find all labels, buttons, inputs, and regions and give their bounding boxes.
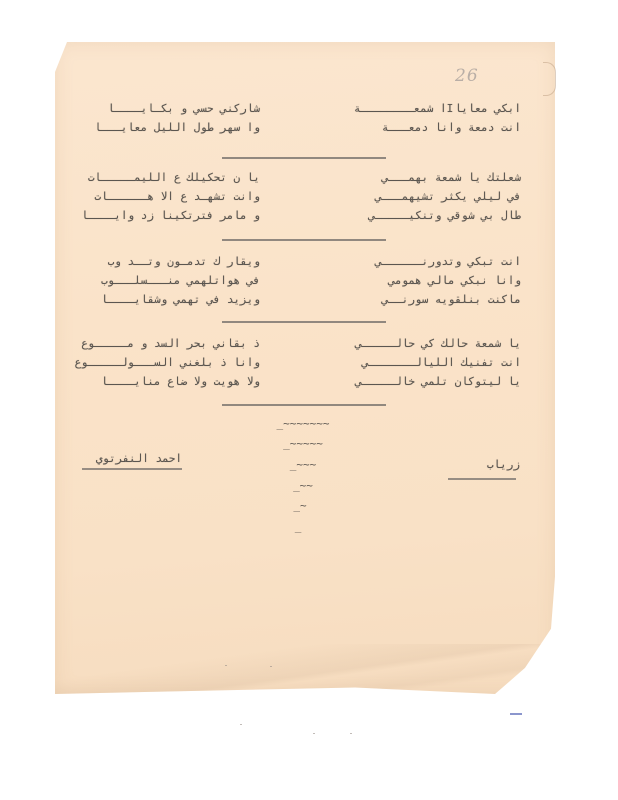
verse: يا ليتوكان تلمي خالـــــي ولا هويت ولا ض…	[0, 375, 618, 394]
verse: شعلتك يا شمعة بهمـــي يا ن تحكيلك ع اللي…	[0, 171, 618, 190]
verse-first-hemistich: يا ليتوكان تلمي خالـــــي	[336, 375, 521, 388]
stanza-4: يا شمعة حالك كي حالـــــي ذ بقاني بحر ال…	[0, 337, 618, 394]
scan-speck	[270, 666, 272, 667]
poem-title: زرياب	[487, 458, 520, 471]
tail-ornament-line: _~~~~~~~	[277, 417, 330, 430]
scan-speck	[350, 733, 352, 734]
verse: وانا نبكي مالي همومي في هواتلهمي منـــسل…	[0, 274, 618, 293]
verse-first-hemistich: شعلتك يا شمعة بهمـــي	[336, 171, 521, 184]
verse: يا شمعة حالك كي حالـــــي ذ بقاني بحر ال…	[0, 337, 618, 356]
verse: في ليلي يكثر تشيهمـــي وانت تشهـد ع الا …	[0, 190, 618, 209]
verse-second-hemistich: ذ بقاني بحر السد و مـــــوع	[75, 337, 260, 350]
verse-second-hemistich: شاركني حسي و بكـايــــا	[75, 102, 260, 115]
verse-first-hemistich: طال بي شوقي وتنكيـــــي	[336, 209, 521, 222]
scan-speck	[225, 665, 227, 666]
verse: طال بي شوقي وتنكيـــــي و مامر فترتكينا …	[0, 209, 618, 228]
tail-ornament-line: _~~~	[290, 458, 317, 471]
tail-ornament-line: _~~~~~	[283, 437, 323, 450]
verse-first-hemistich: يا شمعة حالك كي حالـــــي	[336, 337, 521, 350]
verse-first-hemistich: انت دمعة وانا دمعـــة	[336, 121, 521, 134]
stanza-divider	[222, 239, 386, 241]
verse-first-hemistich: في ليلي يكثر تشيهمـــي	[336, 190, 521, 203]
tail-ornament-line: _	[295, 520, 302, 533]
page-number: 26	[455, 66, 479, 86]
verse-second-hemistich: وانت تشهـد ع الا هــــــات	[75, 190, 260, 203]
verse: انت دمعة وانا دمعـــة وا سهر طول الليل م…	[0, 121, 618, 140]
verse-first-hemistich: انت تبكي وتدورنــــــي	[336, 255, 521, 268]
verse-first-hemistich: وانا نبكي مالي همومي	[336, 274, 521, 287]
stanza-divider	[222, 157, 386, 159]
verse: انت تفنيك الليالـــــــي وانا ذ بلغني ال…	[0, 356, 618, 375]
verse-second-hemistich: و مامر فترتكينا زد وايــــا	[75, 209, 260, 222]
scan-canvas: 26 ابكي معاياIا شمعــــــــة شاركني حسي …	[0, 0, 618, 800]
title-underline	[448, 478, 516, 480]
scan-speck	[240, 724, 242, 725]
author-underline	[82, 468, 182, 470]
verse-second-hemistich: وانا ذ بلغني الســـولـــــوع	[75, 356, 260, 369]
verse-second-hemistich: ويقار ك تدمـون وتــد وب	[75, 255, 260, 268]
blue-ink-mark	[510, 713, 522, 715]
verse-second-hemistich: ولا هويت ولا ضاع منايــــا	[75, 375, 260, 388]
poem-author: احمد النفرتوي	[86, 452, 182, 465]
scan-speck	[313, 733, 315, 734]
verse: ابكي معاياIا شمعــــــــة شاركني حسي و ب…	[0, 102, 618, 121]
verse: انت تبكي وتدورنــــــي ويقار ك تدمـون وت…	[0, 255, 618, 274]
tail-ornament-line: _~~	[293, 479, 313, 492]
page-corner-fold	[543, 62, 556, 96]
verse-second-hemistich: يا ن تحكيلك ع الليمـــــات	[75, 171, 260, 184]
stanza-divider	[222, 321, 386, 323]
stanza-1: ابكي معاياIا شمعــــــــة شاركني حسي و ب…	[0, 102, 618, 140]
verse-first-hemistich: ماكنت بنلقويه سورنــي	[336, 293, 521, 306]
verse-first-hemistich: انت تفنيك الليالـــــــي	[336, 356, 521, 369]
verse-second-hemistich: في هواتلهمي منـــسلـــوب	[75, 274, 260, 287]
verse-second-hemistich: ويزيد في تهمي وشقايــــا	[75, 293, 260, 306]
stanza-divider	[222, 404, 386, 406]
tail-ornament-line: _~	[293, 499, 306, 512]
verse: ماكنت بنلقويه سورنــي ويزيد في تهمي وشقا…	[0, 293, 618, 312]
verse-first-hemistich: ابكي معاياIا شمعــــــــة	[336, 102, 521, 115]
verse-second-hemistich: وا سهر طول الليل معايـــا	[75, 121, 260, 134]
stanza-3: انت تبكي وتدورنــــــي ويقار ك تدمـون وت…	[0, 255, 618, 312]
stanza-2: شعلتك يا شمعة بهمـــي يا ن تحكيلك ع اللي…	[0, 171, 618, 228]
